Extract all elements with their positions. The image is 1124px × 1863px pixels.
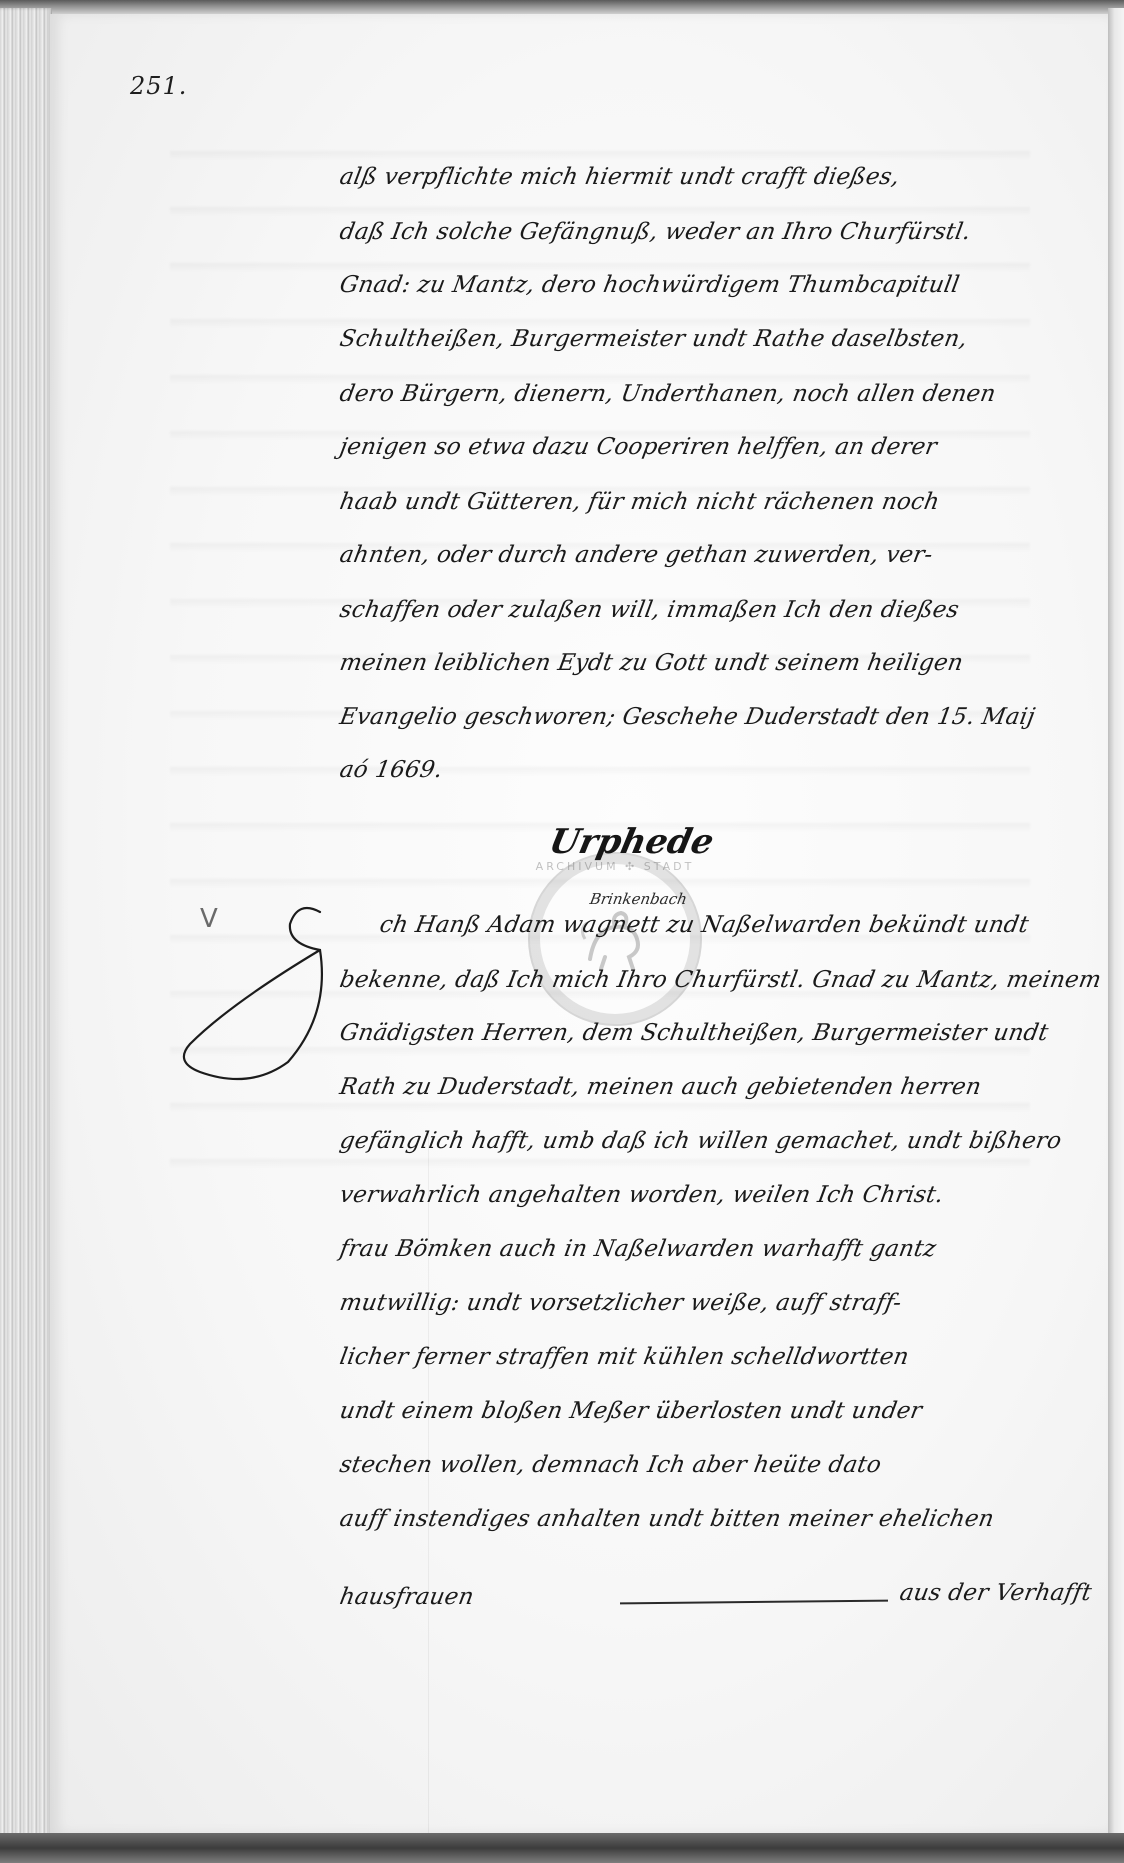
text-line: licher ferner straffen mit kühlen schell… [338, 1344, 911, 1370]
manuscript-page: 251. alß verpflichte mich hiermit undt c… [50, 14, 1108, 1834]
text-line: Gnädigsten Herren, dem Schultheißen, Bur… [338, 1020, 1051, 1046]
text-line: Rath zu Duderstadt, meinen auch gebieten… [338, 1074, 984, 1100]
book-bottom-edge [0, 1833, 1124, 1863]
book-top-edge [0, 0, 1124, 14]
archive-stamp: ARCHIVUM ✣ STADT [528, 852, 702, 1026]
text-line: dero Bürgern, dienern, Underthanen, noch… [338, 381, 998, 407]
text-line: jenigen so etwa dazu Cooperiren helffen,… [338, 434, 939, 460]
page-edge-stack [0, 8, 52, 1848]
text-line: aó 1669. [338, 757, 445, 783]
text-line: schaffen oder zulaßen will, immaßen Ich … [338, 597, 961, 623]
text-line: alß verpflichte mich hiermit undt crafft… [338, 164, 902, 190]
text-line: meinen leiblichen Eydt zu Gott undt sein… [338, 650, 965, 676]
page-right-edge [1108, 8, 1124, 1838]
line-filler-rule [620, 1600, 888, 1605]
text-line: ahnten, oder durch andere gethan zuwerde… [338, 542, 935, 568]
page-number: 251. [130, 72, 187, 100]
text-line: verwahrlich angehalten worden, weilen Ic… [338, 1182, 946, 1208]
text-line: hausfrauen [338, 1584, 476, 1610]
section-heading: Urphede [546, 822, 718, 862]
book-scan: 251. alß verpflichte mich hiermit undt c… [0, 0, 1124, 1863]
interlinear-insertion: Brinkenbach [588, 890, 688, 908]
text-line: auff instendiges anhalten undt bitten me… [338, 1506, 996, 1532]
text-line: haab undt Gütteren, für mich nicht räche… [338, 489, 942, 515]
text-line: Evangelio geschworen; Geschehe Duderstad… [338, 704, 1037, 730]
text-line: daß Ich solche Gefängnuß, weder an Ihro … [338, 219, 973, 245]
text-line: Gnad: zu Mantz, dero hochwürdigem Thumbc… [338, 272, 962, 298]
text-line: frau Bömken auch in Naßelwarden warhafft… [338, 1236, 939, 1262]
decorated-initial-j-icon [170, 894, 380, 1094]
text-line: Schultheißen, Burgermeister undt Rathe d… [338, 326, 970, 352]
text-line: ch Hanß Adam wagnett zu Naßelwarden bekü… [378, 912, 1031, 938]
text-line: bekenne, daß Ich mich Ihro Churfürstl. G… [338, 967, 1104, 993]
text-line: aus der Verhafft [898, 1580, 1094, 1606]
text-line: mutwillig: undt vorsetzlicher weiße, auf… [338, 1290, 904, 1316]
text-line: stechen wollen, demnach Ich aber heüte d… [338, 1452, 884, 1478]
text-line: undt einem bloßen Meßer überlosten undt … [338, 1398, 924, 1424]
text-line: gefänglich hafft, umb daß ich willen gem… [338, 1128, 1064, 1154]
